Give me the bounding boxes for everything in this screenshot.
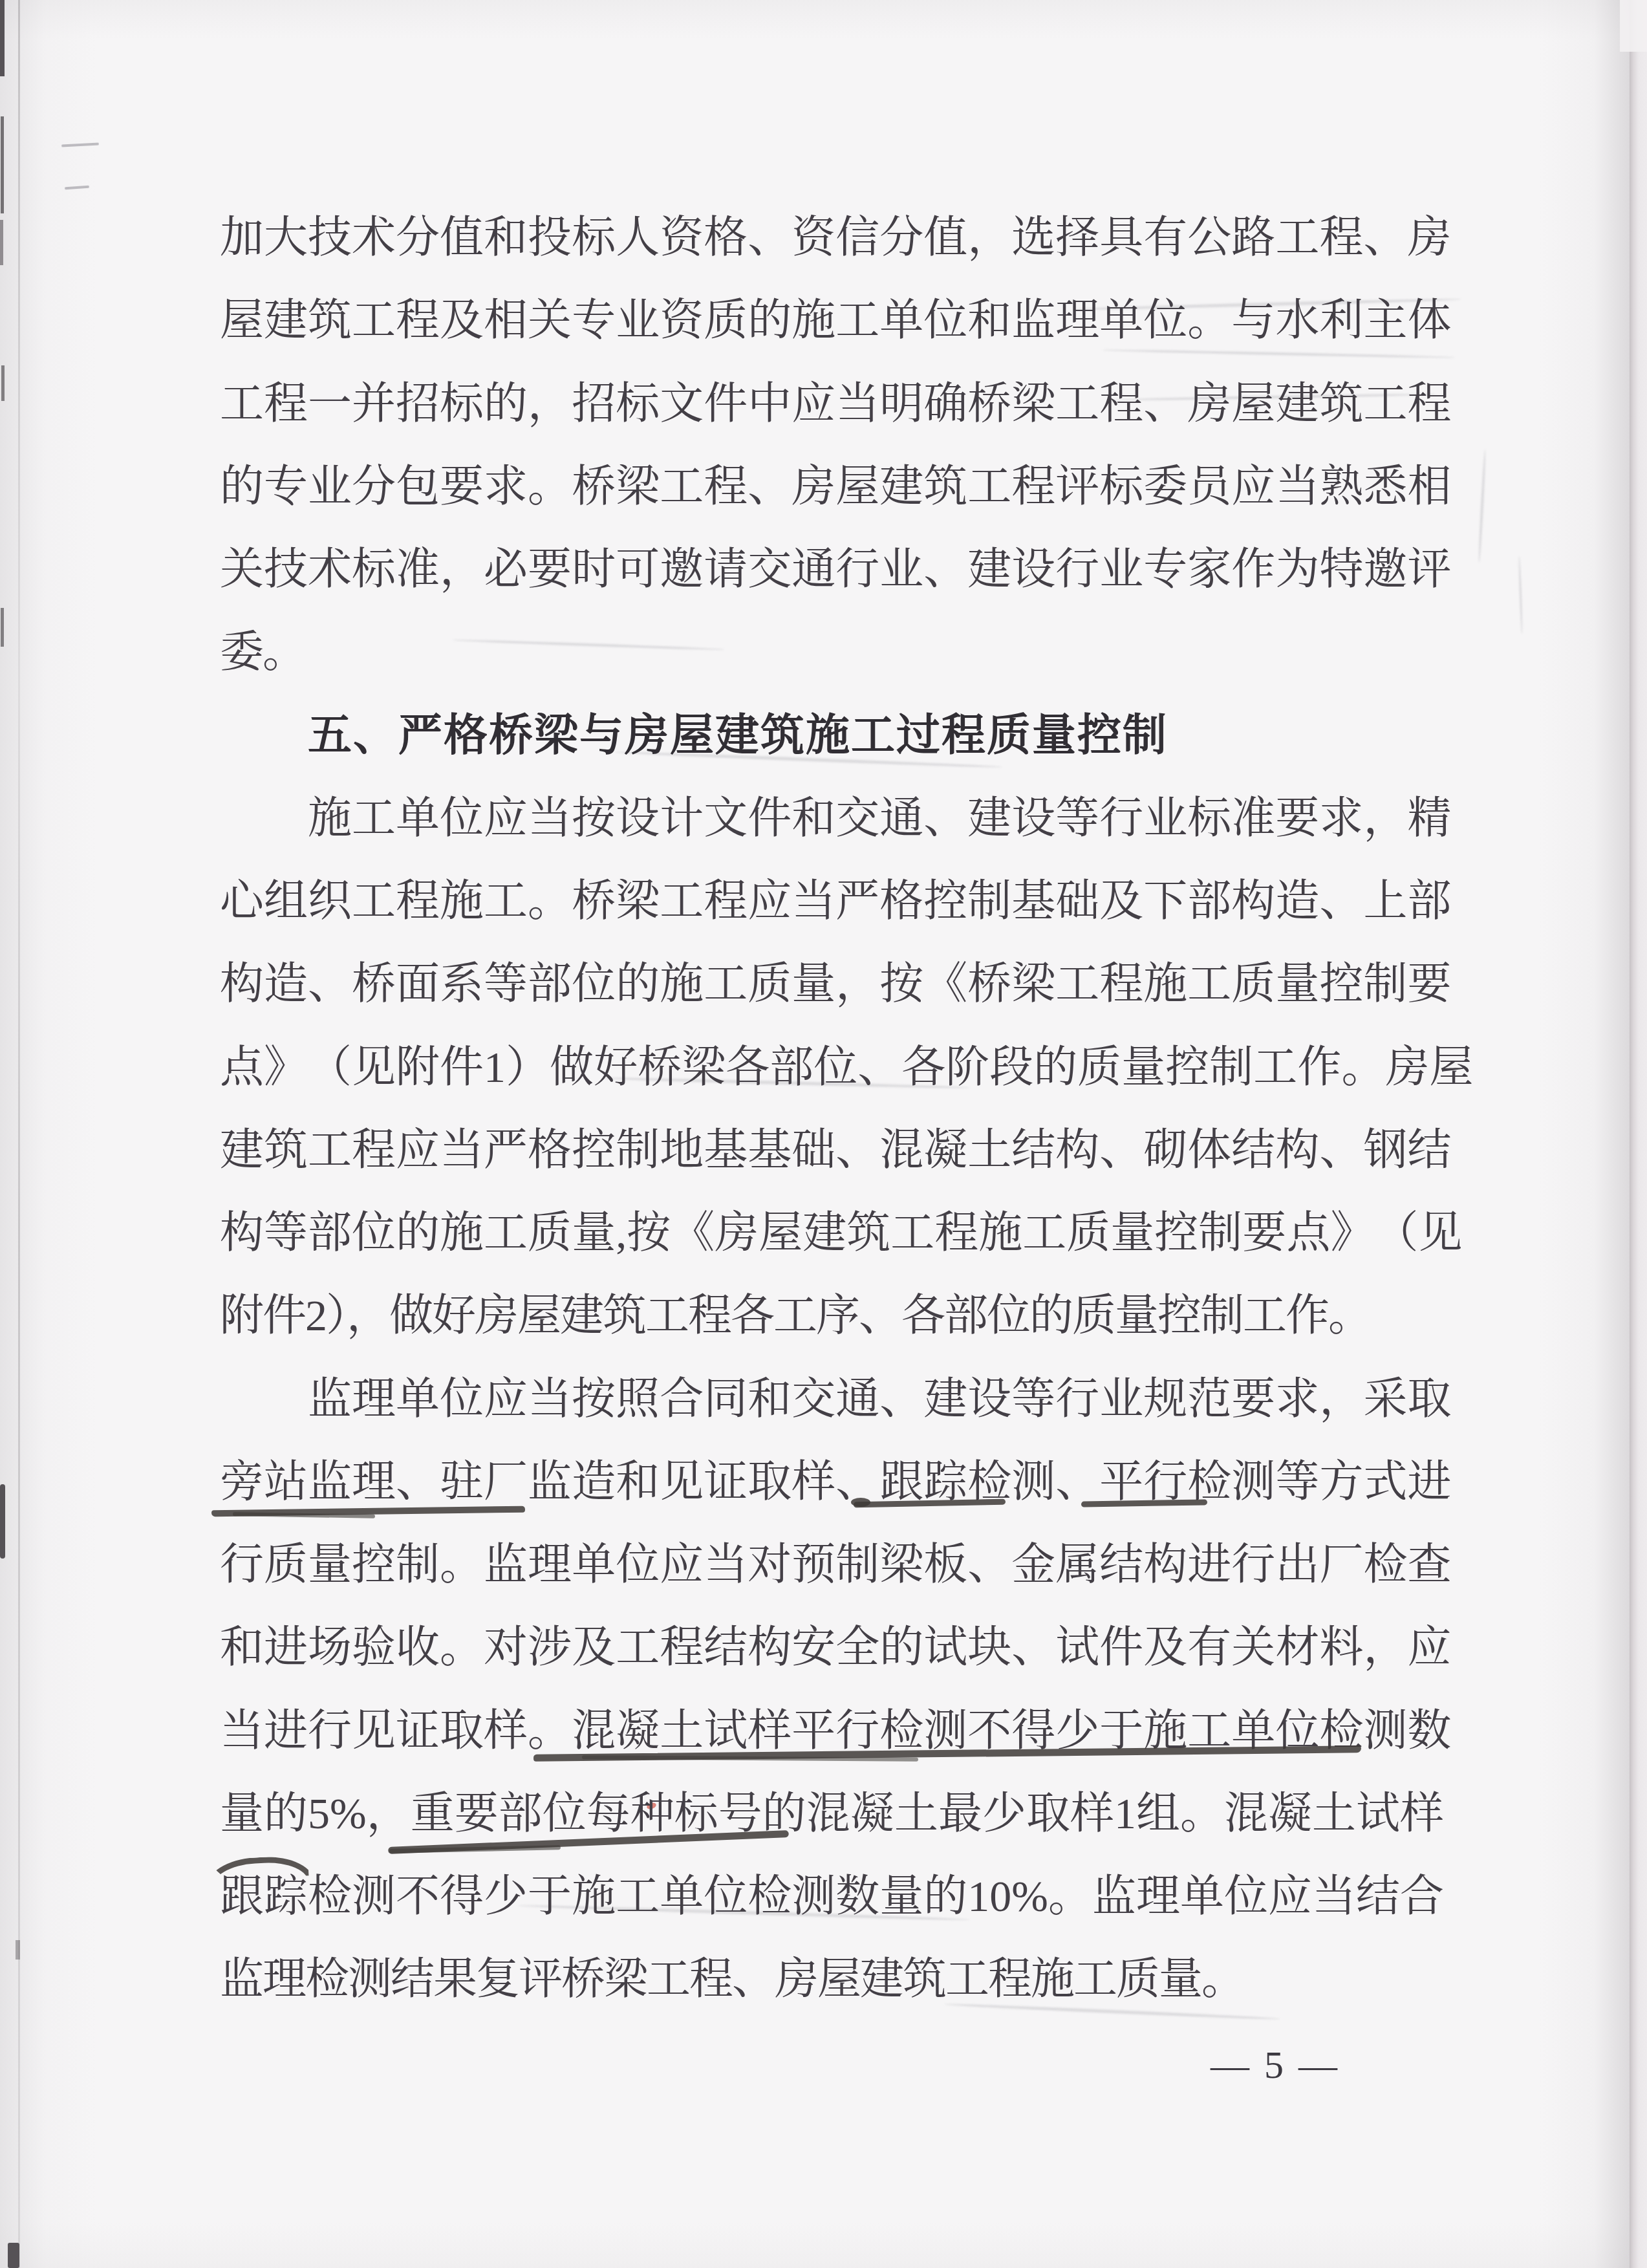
char: 的 [923,1855,967,1938]
char: 及 [572,1606,616,1689]
scan-edge-mark [1,608,4,647]
char: 踪 [923,1440,967,1524]
char: 样 [791,1440,835,1524]
char: 件 [440,1026,484,1109]
char: 等 [264,1191,308,1275]
char: 标 [1187,777,1231,860]
char: 式 [1363,1440,1407,1524]
char: 位 [923,279,967,362]
char: 按 [572,777,616,860]
char: 严 [484,1108,528,1192]
char: 通 [879,777,923,860]
char: 部 [1407,859,1451,943]
char: 量 [879,1855,923,1938]
char: 体 [1187,1108,1231,1192]
char: 确 [923,362,967,446]
char: 精 [1407,777,1451,860]
char: 应 [1407,1606,1451,1689]
char: 关 [528,279,572,362]
scanner-bed-strip [1630,0,1647,2268]
char: 质 [704,279,748,362]
char: 筑 [264,1108,308,1192]
char: 测 [791,1855,835,1938]
char: 投 [528,196,572,279]
char: 程 [1407,362,1451,446]
char: 路 [1231,196,1275,279]
char: 合 [1400,1855,1444,1938]
char: 质 [1066,1191,1110,1275]
char: 质 [748,942,791,1026]
char: 。 [528,859,572,943]
char: 验 [352,1606,396,1689]
char: 请 [704,528,748,611]
char: 单 [396,777,440,860]
char: 程 [1099,362,1143,446]
char: 一 [308,362,352,446]
char: 作 [1297,1026,1341,1109]
char: 大 [264,196,308,279]
char: 构 [220,1191,264,1275]
char: 行 [1231,1523,1275,1606]
char: 必 [484,528,528,611]
char: 测 [923,1689,967,1773]
char: 结 [1011,1108,1055,1192]
char: 工 [308,1108,352,1192]
doc-line: 关技术标准，必要时可邀请交通行业、建设行业专家作为特邀评 [220,528,1413,611]
char: 见 [660,1440,704,1524]
char: 控 [572,1108,616,1192]
doc-line: 委。 [220,610,1413,694]
char: 家 [1187,528,1231,611]
char: 相 [484,279,528,362]
char: 行 [1055,528,1099,611]
char: 准 [1231,777,1275,860]
char: 通 [791,528,835,611]
char: 工 [352,777,396,860]
char: 交 [835,777,879,860]
page-corner-highlight [1620,0,1647,52]
char: 招 [572,362,616,446]
char: 不 [967,1689,1011,1773]
char: 造 [572,1440,616,1524]
char: 相 [1407,445,1451,528]
char: 监 [1092,1855,1136,1938]
char: 、 [1319,1108,1363,1192]
char: 、 [1055,1440,1099,1524]
char: 工 [1022,1191,1066,1275]
char: 检 [1363,1523,1407,1606]
char: 桥 [572,445,616,528]
char: 涉 [528,1606,572,1689]
char: 、 [1143,362,1187,446]
char: 照 [616,1357,660,1441]
char: 建 [879,445,923,528]
doc-line: 建筑工程应当严格控制地基基础、混凝土结构、砌体结构、钢结 [220,1108,1413,1192]
char: 程 [704,445,748,528]
char: 计 [660,777,704,860]
char: 应 [748,859,791,943]
char: 要 [1242,1191,1286,1275]
char: ） [506,1026,550,1109]
char: 础 [1055,859,1099,943]
char: 取 [748,1440,791,1524]
char: 、 [879,1357,923,1441]
char: 建 [1275,362,1319,446]
char: 工 [616,1855,660,1938]
char: 业 [308,445,352,528]
char: 水 [1275,279,1319,362]
char: 部 [770,1026,813,1109]
char: 重 [411,1772,455,1855]
char: 。 [1180,1772,1224,1855]
char: 建 [967,528,1011,611]
char: 应 [484,777,528,860]
char: 程 [934,1191,978,1275]
char: 制 [1209,1026,1253,1109]
char: 心 [220,859,264,943]
char: 梁 [616,859,660,943]
char: ， [967,196,1011,279]
char: 按 [879,942,923,1026]
char: 要 [528,528,572,611]
char: 悉 [1363,445,1407,528]
doc-line: 施工单位应当按设计文件和交通、建设等行业标准要求，精 [220,777,1413,860]
char: 钢 [1363,1108,1407,1192]
char: 工 [835,279,879,362]
char: 金 [1011,1523,1055,1606]
char: 部 [528,942,572,1026]
char: 试 [1055,1606,1099,1689]
char: 监 [484,1523,528,1606]
char: 按 [627,1191,671,1275]
char: 行 [835,528,879,611]
char: 房 [1385,1026,1429,1109]
char: 施 [440,859,484,943]
char: 件 [1099,1606,1143,1689]
char: 信 [835,196,879,279]
char: 格 [528,1108,572,1192]
scan-edge-mark [1,365,5,401]
char: 合 [660,1357,704,1441]
char: 土 [967,1108,1011,1192]
char: 单 [660,1855,704,1938]
char: 少 [484,1855,528,1938]
char: 做 [550,1026,594,1109]
char: 厂 [1319,1523,1363,1606]
doc-line: 工程一并招标的，招标文件中应当明确桥梁工程、房屋建筑工程 [220,362,1413,446]
char: 工 [1055,362,1099,446]
char: 程 [1099,942,1143,1026]
char: 房 [1187,362,1231,446]
char: （ [308,1026,352,1109]
char: 位 [1143,279,1187,362]
char: 程 [396,279,440,362]
char: 邀 [660,528,704,611]
char: 屋 [220,279,264,362]
char: 工 [1055,942,1099,1026]
char: 业 [879,528,923,611]
doc-line: 监理单位应当按照合同和交通、建设等行业规范要求，采取 [220,1357,1413,1441]
char: （ [1374,1191,1418,1275]
char: 样 [484,1689,528,1773]
doc-line: 心组织工程施工。桥梁工程应当严格控制基础及下部构造、上部 [220,859,1413,943]
char: 见 [1418,1191,1462,1275]
char: 公 [1187,196,1231,279]
char: 1 [967,1855,989,1938]
char: 造 [264,942,308,1026]
char: 《 [671,1191,715,1275]
char: , [616,1191,627,1275]
char: 土 [894,1772,938,1855]
char: 单 [1099,279,1143,362]
char: 分 [352,445,396,528]
char: 分 [396,196,440,279]
char: 少 [982,1772,1026,1855]
char: 位 [813,1026,857,1109]
char: 试 [923,1606,967,1689]
char: 技 [264,528,308,611]
doc-line: 跟踪检测不得少于施工单位检测数量的10%。监理单位应当结合 [220,1855,1413,1938]
char: 、 [857,1026,901,1109]
char: 交 [791,1357,835,1441]
char: 格 [879,859,923,943]
char: 控 [923,859,967,943]
char: 行 [1055,1357,1099,1441]
char: 查 [1407,1523,1451,1606]
char: 样 [1400,1772,1444,1855]
char: 收 [396,1606,440,1689]
char: 员 [1187,445,1231,528]
char: 中 [748,362,791,446]
char: 应 [660,1523,704,1606]
char: 当 [704,1523,748,1606]
char: 基 [704,1108,748,1192]
char: 标 [616,362,660,446]
doc-line: 监理检测结果复评桥梁工程、房屋建筑工程施工质量。 [220,1938,1413,2021]
char: 量 [1275,942,1319,1026]
char: 砌 [1143,1108,1187,1192]
char: 《 [923,942,967,1026]
char: 安 [791,1606,835,1689]
char: 施 [1143,942,1187,1026]
char: 关 [220,528,264,611]
char: 择 [1055,196,1099,279]
char: 跟 [879,1440,923,1524]
char: 5 [308,1772,330,1855]
char: 业 [1099,1357,1143,1441]
doc-line: 构等部位的施工质量,按《房屋建筑工程施工质量控制要点》（见 [220,1191,1413,1275]
char: 构 [1275,1108,1319,1192]
char: 程 [1011,445,1055,528]
char: 理 [1055,279,1099,362]
char: 屋 [759,1191,802,1275]
char: 位 [1275,1689,1319,1773]
char: 施 [791,279,835,362]
char: 特 [1319,528,1363,611]
char: 土 [1312,1772,1356,1855]
char: 工 [660,445,704,528]
char: 可 [616,528,660,611]
char: 0 [989,1855,1011,1938]
char: 应 [396,1108,440,1192]
char: 阶 [945,1026,989,1109]
char: 进 [264,1606,308,1689]
char: 施 [440,1191,484,1275]
char: 和 [220,1606,264,1689]
char: 采 [1363,1357,1407,1441]
char: 控 [1319,942,1363,1026]
char: 工 [704,942,748,1026]
char: 理 [528,1523,572,1606]
char: 系 [440,942,484,1026]
char: 各 [901,1026,945,1109]
char: 建 [923,1357,967,1441]
char: 工 [484,1191,528,1275]
char: 位 [440,1357,484,1441]
char: 。 [528,445,572,528]
scan-edge-mark [0,220,3,265]
char: 材 [1275,1606,1319,1689]
char: 评 [1407,528,1451,611]
char: 块 [967,1606,1011,1689]
char: 施 [1143,1689,1187,1773]
char: 于 [1099,1689,1143,1773]
char: 工 [1363,362,1407,446]
char: 控 [352,1523,396,1606]
char: 应 [484,1357,528,1441]
char: 。 [1187,279,1231,362]
char: 段 [989,1026,1033,1109]
char: 桥 [352,942,396,1026]
char: 熟 [1319,445,1363,528]
char: 位 [440,777,484,860]
char: 为 [1275,528,1319,611]
char: 监 [1011,279,1055,362]
char: 基 [1011,859,1055,943]
char: ， [835,942,879,1026]
char: ， [367,1772,411,1855]
char: 业 [1143,777,1187,860]
char: ， [528,362,572,446]
char: 好 [594,1026,638,1109]
char: 的 [616,942,660,1026]
char: 结 [1407,1108,1451,1192]
char: 地 [660,1108,704,1192]
char: 的 [264,1772,308,1855]
char: 进 [1407,1440,1451,1524]
char: 量 [572,1191,616,1275]
char: 出 [1275,1523,1319,1606]
char: 桥 [572,859,616,943]
char: 按 [572,1357,616,1441]
char: 筑 [1319,362,1363,446]
char: 专 [572,279,616,362]
char: 程 [396,859,440,943]
char: 当 [835,362,879,446]
char: 资 [660,279,704,362]
char: 文 [660,362,704,446]
char: 梁 [1011,942,1055,1026]
doc-line: 附件2），做好房屋建筑工程各工序、各部位的质量控制工作。 [220,1274,1413,1357]
char: 点 [1286,1191,1330,1275]
char: 、 [748,196,791,279]
char: 凝 [850,1772,894,1855]
char: 、 [748,445,791,528]
char: 标 [572,196,616,279]
char: 梁 [1011,362,1055,446]
char: 标 [1099,445,1143,528]
char: 量 [791,942,835,1026]
char: 见 [352,1026,396,1109]
char: 文 [704,777,748,860]
char: 加 [220,196,264,279]
char: 及 [440,279,484,362]
char: 程 [1319,196,1363,279]
char: 准 [396,528,440,611]
char: 取 [1407,1357,1451,1441]
char: 筑 [846,1191,890,1275]
char: 方 [1319,1440,1363,1524]
char: 工 [1187,1689,1231,1773]
char: 标 [674,1772,718,1855]
scan-edge-mark [16,1940,20,1960]
char: 要 [1407,942,1451,1026]
scan-edge-mark [1,116,4,213]
char: 邀 [1363,528,1407,611]
char: 工 [484,859,528,943]
char: 量 [308,1523,352,1606]
char: 》 [264,1026,308,1109]
char: 桥 [967,362,1011,446]
char: 控 [1154,1191,1198,1275]
section-heading: 五、严格桥梁与房屋建筑施工过程质量控制 [220,694,1413,777]
char: 场 [308,1606,352,1689]
char: 凝 [923,1108,967,1192]
char: 构 [1231,859,1275,943]
char: 的 [762,1772,806,1855]
char: 资 [791,196,835,279]
char: 施 [308,777,352,860]
char: 评 [1055,445,1099,528]
char: 部 [1187,859,1231,943]
char: 等 [1275,1440,1319,1524]
char: 单 [1231,1689,1275,1773]
char: 制 [1198,1191,1242,1275]
char: 上 [1363,859,1407,943]
char: 混 [879,1108,923,1192]
char: 、 [1363,196,1407,279]
char: 测 [1011,1440,1055,1524]
char: 分 [879,196,923,279]
char: 工 [352,859,396,943]
char: 、 [1011,1606,1055,1689]
char: 工 [1187,942,1231,1026]
char: 的 [748,279,791,362]
char: 选 [1011,196,1055,279]
char: 同 [704,1357,748,1441]
char: 组 [1136,1772,1180,1855]
char: 位 [616,1523,660,1606]
char: 要 [1275,777,1319,860]
char: 理 [1136,1855,1180,1938]
char: 与 [1231,279,1275,362]
char: 桥 [638,1026,682,1109]
char: 号 [718,1772,762,1855]
char: 、 [835,1440,879,1524]
char: 、 [967,1523,1011,1606]
char: 检 [748,1855,791,1938]
char: 建 [967,777,1011,860]
